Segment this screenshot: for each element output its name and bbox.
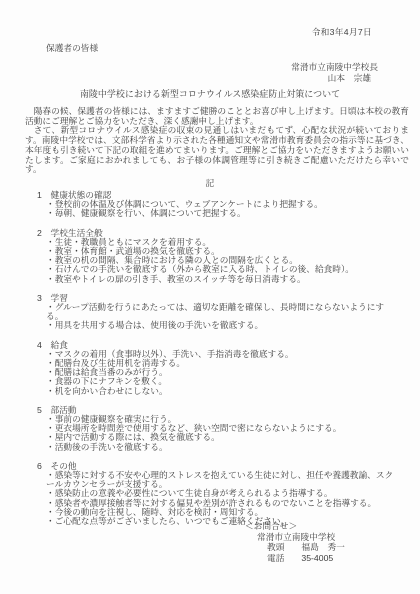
section-item: ・教室やトイレの扉の引き手、教室のスイッチ等を毎日消毒する。 [46, 275, 398, 284]
letter-date: 令和3年4月7日 [312, 28, 372, 37]
section-item-list: ・マスクの着用（食事時以外）、手洗い、手指消毒を徹底する。・配膳台及び生徒用机を… [37, 350, 398, 396]
sender-title: 常滑市立南陵中学校長 [291, 62, 378, 73]
document-title: 南陵中学校における新型コロナウイルス感染症防止対策について [0, 90, 420, 99]
letter-page: 令和3年4月7日 保護者の皆様 常滑市立南陵中学校長 山本 宗雄 南陵中学校にお… [0, 0, 420, 594]
section-4: 4 給食・マスクの着用（食事時以外）、手洗い、手指消毒を徹底する。・配膳台及び生… [37, 341, 398, 396]
contact-school: 常滑市立南陵中学校 [257, 532, 345, 543]
greeting-paragraph: 陽春の候、保護者の皆様には、ますますご健勝のこととお喜び申し上げます。日頃は本校… [25, 107, 409, 126]
contact-role-line: 教頭福島 秀一 [267, 542, 345, 553]
ki-marker: 記 [0, 179, 420, 188]
section-item-list: ・事前の健康観察を確実に行う。・更衣場所を時間差で使用するなど、狭い空間で密にな… [37, 415, 398, 452]
body-paragraphs: 陽春の候、保護者の皆様には、ますますご健勝のこととお喜び申し上げます。日頃は本校… [25, 107, 409, 175]
contact-role: 教頭 [267, 542, 284, 552]
section-item: ・毎朝、健康観察を行い、体調について把握する。 [46, 209, 398, 218]
contact-block: ＜お問合せ＞ 常滑市立南陵中学校 教頭福島 秀一 電話35-4005 [245, 521, 345, 563]
section-3: 3 学習・グループ活動を行うにあたっては、適切な距離を確保し、長時間にならないよ… [37, 294, 398, 331]
contact-tel-line: 電話35-4005 [267, 553, 345, 564]
section-item: ・活動後の手洗いを徹底する。 [46, 443, 398, 452]
contact-tel-label: 電話 [267, 553, 284, 563]
contact-tel-number: 35-4005 [301, 553, 333, 563]
recipient-line: 保護者の皆様 [46, 44, 98, 53]
main-paragraph: さて、新型コロナウイルス感染症の収束の見通しはいまだもてず、心配な状況が続いてお… [25, 126, 409, 175]
section-item: ・グループ活動を行うにあたっては、適切な距離を確保し、長時間にならないようにする… [46, 303, 398, 321]
contact-header: ＜お問合せ＞ [245, 521, 345, 532]
section-item: ・ご心配な点等がございましたら、いつでもご連絡ください。 [46, 517, 398, 526]
section-item: ・机を向かい合わせにしない。 [46, 387, 398, 396]
section-item-list: ・感染等に対する不安や心理的ストレスを抱えている生徒に対し、担任や養護教諭、スク… [37, 471, 398, 526]
section-item-list: ・生徒・教職員ともにマスクを着用する。・教室・体育館・武道場の換気を徹底する。・… [37, 238, 398, 284]
section-1: 1 健康状態の確認・登校前の体温及び体調について、ウェブアンケートにより把握する… [37, 191, 398, 219]
measures-sections: 1 健康状態の確認・登校前の体温及び体調について、ウェブアンケートにより把握する… [37, 191, 398, 536]
section-item-list: ・グループ活動を行うにあたっては、適切な距離を確保し、長時間にならないようにする… [37, 303, 398, 331]
section-item: ・感染等に対する不安や心理的ストレスを抱えている生徒に対し、担任や養護教諭、スク… [46, 471, 398, 489]
section-item: ・用具を共用する場合は、使用後の手洗いを徹底する。 [46, 321, 398, 330]
section-2: 2 学校生活全般・生徒・教職員ともにマスクを着用する。・教室・体育館・武道場の換… [37, 229, 398, 284]
contact-person-name: 福島 秀一 [301, 542, 344, 552]
sender-name: 山本 宗雄 [291, 73, 378, 84]
section-5: 5 部活動・事前の健康観察を確実に行う。・更衣場所を時間差で使用するなど、狭い空… [37, 406, 398, 452]
section-6: 6 その他・感染等に対する不安や心理的ストレスを抱えている生徒に対し、担任や養護… [37, 462, 398, 526]
section-item-list: ・登校前の体温及び体調について、ウェブアンケートにより把握する。・毎朝、健康観察… [37, 200, 398, 218]
sender-block: 常滑市立南陵中学校長 山本 宗雄 [291, 62, 378, 83]
